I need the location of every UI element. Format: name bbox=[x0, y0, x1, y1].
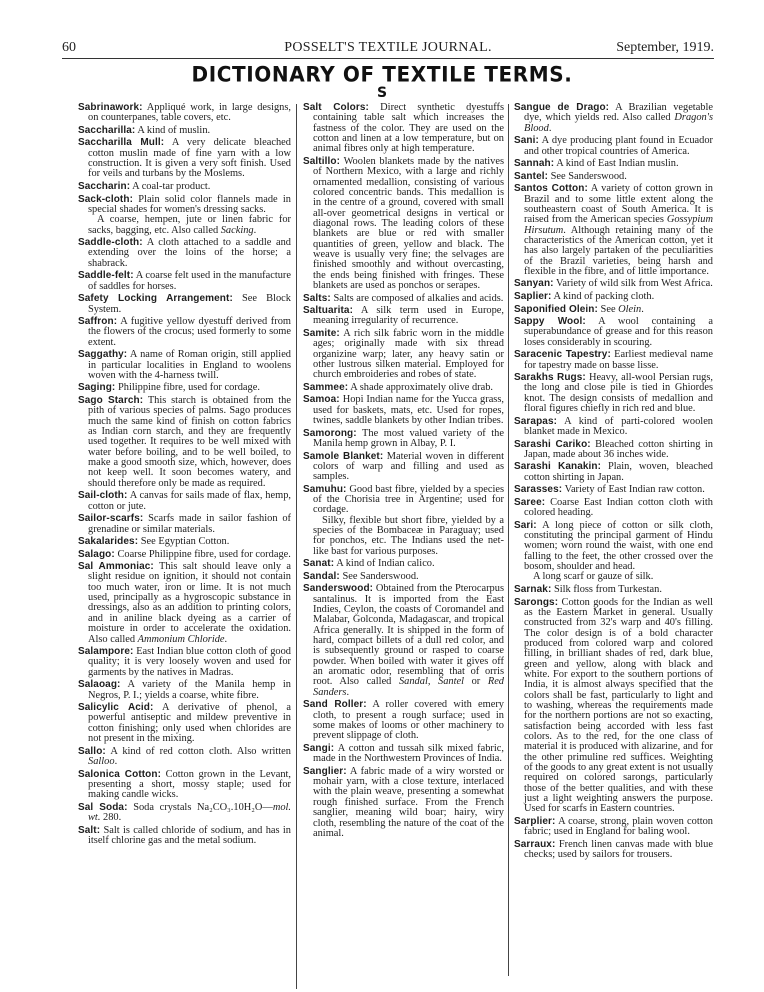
entry-term: Saponified Olein: bbox=[514, 304, 598, 315]
dictionary-entry: Salt: Salt is called chloride of sodium,… bbox=[78, 826, 291, 847]
entry-definition: A long piece of cotton or silk cloth, co… bbox=[524, 520, 713, 572]
dictionary-entry: Saging: Philippine fibre, used for corda… bbox=[78, 383, 291, 393]
entry-additional-paragraph: A coarse, hempen, jute or linen fabric f… bbox=[88, 215, 291, 236]
entry-definition: A dye producing plant found in Ecuador a… bbox=[524, 135, 713, 156]
dictionary-entry: Salicylic Acid: A derivative of phenol, … bbox=[78, 703, 291, 744]
entry-term: Samite: bbox=[303, 328, 340, 339]
entry-term: Sannah: bbox=[514, 158, 554, 169]
dictionary-entry: Saplier: A kind of packing cloth. bbox=[514, 292, 713, 302]
dictionary-entry: Sand Roller: A roller covered with emery… bbox=[303, 700, 504, 741]
entry-term: Sangue de Drago: bbox=[514, 102, 609, 113]
entry-definition-end: . bbox=[225, 634, 228, 645]
dictionary-entry: Sammee: A shade approximately olive drab… bbox=[303, 383, 504, 393]
dictionary-entry: Santel: See Sanderswood. bbox=[514, 172, 713, 182]
dictionary-entry: Saddle-felt: A coarse felt used in the m… bbox=[78, 271, 291, 292]
entry-term: Sand Roller: bbox=[303, 699, 367, 710]
entry-definition: A fabric made of a wiry worsted or mohai… bbox=[313, 766, 504, 839]
entry-additional-paragraph: A long scarf or gauze of silk. bbox=[524, 572, 713, 582]
dictionary-entry: Salaoag: A variety of the Manila hemp in… bbox=[78, 680, 291, 701]
entry-definition: See Sanderswood. bbox=[551, 171, 627, 182]
dictionary-entry: Salampore: East Indian blue cotton cloth… bbox=[78, 647, 291, 678]
dictionary-entry: Saccharin: A coal-tar product. bbox=[78, 182, 291, 192]
entry-definition: This starch is obtained from the pith of… bbox=[88, 395, 291, 489]
entry-term: Sarongs: bbox=[514, 597, 558, 608]
entry-italic: Sacking bbox=[221, 225, 254, 236]
entry-term: Sarashi Cariko: bbox=[514, 439, 591, 450]
dictionary-entry: Sanderswood: Obtained from the Pterocarp… bbox=[303, 584, 504, 698]
entry-definition: See Sanderswood. bbox=[342, 571, 418, 582]
entry-definition: A cotton and tussah silk mixed fabric, m… bbox=[313, 743, 504, 764]
dictionary-entry: Saccharilla Mull: A very delicate bleach… bbox=[78, 138, 291, 179]
dictionary-entry: Sarashi Cariko: Bleached cotton shirting… bbox=[514, 440, 713, 461]
entry-term: Saccharin: bbox=[78, 181, 130, 192]
entry-paragraph-text: Silky, flexible but short fibre, yielded… bbox=[313, 515, 504, 557]
entry-definition: Woolen blankets made by the natives of N… bbox=[313, 156, 504, 291]
column-divider bbox=[508, 104, 509, 976]
entry-term: Saccharilla: bbox=[78, 125, 135, 136]
entry-definition: A fugitive yellow dyestuff derived from … bbox=[88, 316, 291, 348]
entry-definition: See Egyptian Cotton. bbox=[141, 536, 230, 547]
entry-definition-end: . bbox=[549, 123, 552, 134]
entry-term: Sarraux: bbox=[514, 839, 555, 850]
entry-term: Sanglier: bbox=[303, 766, 347, 777]
dictionary-entry: Sarakhs Rugs: Heavy, all-wool Persian ru… bbox=[514, 373, 713, 414]
entry-term: Salampore: bbox=[78, 646, 133, 657]
dictionary-entry: Salago: Coarse Philippine fibre, used fo… bbox=[78, 550, 291, 560]
entry-definition-end: 280. bbox=[100, 812, 121, 823]
dictionary-entry: Sarongs: Cotton goods for the Indian as … bbox=[514, 598, 713, 815]
dictionary-entry: Sabrinawork: Appliqué work, in large des… bbox=[78, 103, 291, 124]
dictionary-entry: Sanglier: A fabric made of a wiry worste… bbox=[303, 767, 504, 839]
entry-term: Sappy Wool: bbox=[514, 316, 586, 327]
dictionary-entry: Sakalarides: See Egyptian Cotton. bbox=[78, 537, 291, 547]
entry-term: Saracenic Tapestry: bbox=[514, 349, 611, 360]
entry-definition: A shade approximately olive drab. bbox=[350, 382, 493, 393]
entry-term: Sago Starch: bbox=[78, 395, 143, 406]
entry-term: Sack-cloth: bbox=[78, 194, 133, 205]
entry-term: Samole Blanket: bbox=[303, 451, 383, 462]
entry-definition-end: . bbox=[115, 756, 118, 767]
entry-term: Salt Colors: bbox=[303, 102, 369, 113]
entry-definition: Salt is called chloride of sodium, and h… bbox=[88, 825, 291, 846]
dictionary-entry: Sannah: A kind of East Indian muslin. bbox=[514, 159, 713, 169]
entry-definition: A kind of muslin. bbox=[137, 125, 210, 136]
entry-term: Sarnak: bbox=[514, 584, 551, 595]
dictionary-entry: Sarapas: A kind of parti-colored woolen … bbox=[514, 417, 713, 438]
entry-term: Sanyan: bbox=[514, 278, 554, 289]
entry-italic: Salloo bbox=[88, 756, 115, 767]
entry-definition: A rich silk fabric worn in the middle ag… bbox=[313, 328, 504, 380]
dictionary-entry: Sallo: A kind of red cotton cloth. Also … bbox=[78, 747, 291, 768]
entry-term: Sarashi Kanakin: bbox=[514, 461, 601, 472]
dictionary-entry: Sanat: A kind of Indian calico. bbox=[303, 559, 504, 569]
entry-italic: Ammonium Chloride bbox=[138, 634, 225, 645]
column-2: Salt Colors: Direct synthetic dyestuffs … bbox=[303, 103, 504, 841]
entry-term: Sabrinawork: bbox=[78, 102, 143, 113]
entry-definition: See bbox=[601, 304, 619, 315]
entry-definition: A kind of Indian calico. bbox=[336, 558, 434, 569]
dictionary-entry: Sarnak: Silk floss from Turkestan. bbox=[514, 585, 713, 595]
entry-term: Saltillo: bbox=[303, 156, 340, 167]
entry-definition: Salts are composed of alkalies and acids… bbox=[333, 293, 503, 304]
entry-term: Sailor-scarfs: bbox=[78, 513, 143, 524]
page-title: DICTIONARY OF TEXTILE TERMS. bbox=[0, 61, 764, 86]
dictionary-entry: Saffron: A fugitive yellow dyestuff deri… bbox=[78, 317, 291, 348]
dictionary-entry: Saree: Coarse East Indian cotton cloth w… bbox=[514, 498, 713, 519]
entry-definition-end: . bbox=[346, 687, 349, 698]
entry-definition: Cotton goods for the Indian as well as t… bbox=[524, 597, 713, 815]
dictionary-entry: Salonica Cotton: Cotton grown in the Lev… bbox=[78, 770, 291, 801]
entry-definition-end: . bbox=[641, 304, 644, 315]
entry-term: Salt: bbox=[78, 825, 100, 836]
dictionary-entry: Sappy Wool: A wool containing a superabu… bbox=[514, 317, 713, 348]
dictionary-entry: Saddle-cloth: A cloth attached to a sadd… bbox=[78, 238, 291, 269]
dictionary-entry: Samite: A rich silk fabric worn in the m… bbox=[303, 329, 504, 381]
column-3: Sangue de Drago: A Brazilian vegetable d… bbox=[514, 103, 713, 863]
entry-term: Saplier: bbox=[514, 291, 551, 302]
entry-term: Sakalarides: bbox=[78, 536, 138, 547]
entry-term: Saddle-felt: bbox=[78, 270, 134, 281]
journal-page: 60 POSSELT'S TEXTILE JOURNAL. September,… bbox=[0, 0, 764, 992]
entry-definition: Philippine fibre, used for cordage. bbox=[118, 382, 260, 393]
entry-term: Salonica Cotton: bbox=[78, 769, 161, 780]
entry-term: Salaoag: bbox=[78, 679, 120, 690]
dictionary-entry: Sari: A long piece of cotton or silk clo… bbox=[514, 521, 713, 583]
dictionary-entry: Sandal: See Sanderswood. bbox=[303, 572, 504, 582]
entry-term: Sal Soda: bbox=[78, 802, 128, 813]
entry-definition: Soda crystals Na₂CO₃.10H₂O— bbox=[133, 802, 273, 813]
entry-term: Samoa: bbox=[303, 394, 340, 405]
dictionary-entry: Sarraux: French linen canvas made with b… bbox=[514, 840, 713, 861]
entry-term: Saccharilla Mull: bbox=[78, 137, 164, 148]
entry-term: Saging: bbox=[78, 382, 115, 393]
dictionary-entry: Santos Cotton: A variety of cotton grown… bbox=[514, 184, 713, 277]
entry-additional-paragraph: Silky, flexible but short fibre, yielded… bbox=[313, 516, 504, 557]
entry-definition-end: or bbox=[464, 676, 488, 687]
entry-term: Sarakhs Rugs: bbox=[514, 372, 586, 383]
dictionary-entry: Sal Ammoniac: This salt should leave onl… bbox=[78, 562, 291, 645]
entry-term: Salago: bbox=[78, 549, 115, 560]
entry-definition: Silk floss from Turkestan. bbox=[554, 584, 662, 595]
entry-definition: Variety of wild silk from West Africa. bbox=[556, 278, 713, 289]
entry-term: Sammee: bbox=[303, 382, 348, 393]
entry-term: Samorong: bbox=[303, 428, 357, 439]
dictionary-entry: Saccharilla: A kind of muslin. bbox=[78, 126, 291, 136]
entry-term: Salts: bbox=[303, 293, 331, 304]
dictionary-entry: Saponified Olein: See Olein. bbox=[514, 305, 713, 315]
entry-paragraph-text: A long scarf or gauze of silk. bbox=[533, 571, 653, 582]
dictionary-entry: Sangue de Drago: A Brazilian vegetable d… bbox=[514, 103, 713, 134]
dictionary-entry: Sal Soda: Soda crystals Na₂CO₃.10H₂O—mol… bbox=[78, 803, 291, 824]
entry-definition: A kind of East Indian muslin. bbox=[556, 158, 678, 169]
column-1: Sabrinawork: Appliqué work, in large des… bbox=[78, 103, 291, 849]
issue-date: September, 1919. bbox=[616, 40, 714, 56]
entry-term: Saree: bbox=[514, 497, 545, 508]
entry-definition: Variety of East Indian raw cotton. bbox=[565, 484, 705, 495]
entry-term: Santos Cotton: bbox=[514, 183, 588, 194]
entry-italic: Olein bbox=[618, 304, 641, 315]
entry-term: Sangi: bbox=[303, 743, 334, 754]
dictionary-entry: Samole Blanket: Material woven in differ… bbox=[303, 452, 504, 483]
entry-term: Sail-cloth: bbox=[78, 490, 127, 501]
header-rule bbox=[62, 58, 714, 59]
entry-term: Saddle-cloth: bbox=[78, 237, 143, 248]
dictionary-entry: Saltillo: Woolen blankets made by the na… bbox=[303, 157, 504, 291]
entry-definition: Hopi Indian name for the Yucca grass, us… bbox=[313, 394, 504, 426]
entry-term: Samuhu: bbox=[303, 484, 346, 495]
entry-term: Santel: bbox=[514, 171, 548, 182]
entry-term: Safety Locking Arrangement: bbox=[78, 293, 233, 304]
entry-term: Sal Ammoniac: bbox=[78, 561, 154, 572]
entry-term: Sarapas: bbox=[514, 416, 557, 427]
dictionary-entry: Sack-cloth: Plain solid color flannels m… bbox=[78, 195, 291, 236]
entry-term: Sanat: bbox=[303, 558, 334, 569]
section-letter: S bbox=[0, 85, 764, 101]
dictionary-entry: Samuhu: Good bast fibre, yielded by a sp… bbox=[303, 485, 504, 557]
dictionary-entry: Sarashi Kanakin: Plain, woven, bleached … bbox=[514, 462, 713, 483]
dictionary-entry: Sail-cloth: A canvas for sails made of f… bbox=[78, 491, 291, 512]
entry-term: Sallo: bbox=[78, 746, 106, 757]
dictionary-entry: Samoa: Hopi Indian name for the Yucca gr… bbox=[303, 395, 504, 426]
dictionary-entry: Sanyan: Variety of wild silk from West A… bbox=[514, 279, 713, 289]
entry-paragraph-text: A coarse, hempen, jute or linen fabric f… bbox=[88, 214, 291, 235]
dictionary-entry: Saracenic Tapestry: Earliest medieval na… bbox=[514, 350, 713, 371]
dictionary-entry: Sago Starch: This starch is obtained fro… bbox=[78, 396, 291, 489]
entry-term: Sandal: bbox=[303, 571, 340, 582]
dictionary-entry: Safety Locking Arrangement: See Block Sy… bbox=[78, 294, 291, 315]
entry-paragraph-end: . bbox=[254, 225, 257, 236]
entry-definition: A kind of packing cloth. bbox=[554, 291, 655, 302]
dictionary-entry: Saggathy: A name of Roman origin, still … bbox=[78, 350, 291, 381]
dictionary-entry: Sarasses: Variety of East Indian raw cot… bbox=[514, 485, 713, 495]
dictionary-entry: Salt Colors: Direct synthetic dyestuffs … bbox=[303, 103, 504, 155]
entry-definition: Coarse Philippine fibre, used for cordag… bbox=[117, 549, 290, 560]
entry-definition: Obtained from the Pterocarpus santalinus… bbox=[313, 583, 504, 687]
dictionary-entry: Samorong: The most valued variety of the… bbox=[303, 429, 504, 450]
dictionary-entry: Sani: A dye producing plant found in Ecu… bbox=[514, 136, 713, 157]
entry-definition: A kind of red cotton cloth. Also written bbox=[110, 746, 291, 757]
entry-definition: This salt should leave only a slight res… bbox=[88, 561, 291, 644]
entry-term: Saggathy: bbox=[78, 349, 127, 360]
column-divider bbox=[296, 104, 297, 989]
entry-italic: Sandal, Santel bbox=[399, 676, 464, 687]
entry-definition: A coal-tar product. bbox=[132, 181, 210, 192]
entry-term: Sanderswood: bbox=[303, 583, 373, 594]
entry-term: Saffron: bbox=[78, 316, 117, 327]
entry-term: Sani: bbox=[514, 135, 539, 146]
dictionary-entry: Sangi: A cotton and tussah silk mixed fa… bbox=[303, 744, 504, 765]
entry-definition: Coarse East Indian cotton cloth with col… bbox=[524, 497, 713, 518]
entry-term: Sarplier: bbox=[514, 816, 555, 827]
entry-term: Salicylic Acid: bbox=[78, 702, 153, 713]
entry-term: Sari: bbox=[514, 520, 537, 531]
entry-term: Saltuarita: bbox=[303, 305, 353, 316]
running-head: 60 POSSELT'S TEXTILE JOURNAL. September,… bbox=[62, 40, 714, 60]
dictionary-entry: Sarplier: A coarse, strong, plain woven … bbox=[514, 817, 713, 838]
dictionary-entry: Saltuarita: A silk term used in Europe, … bbox=[303, 306, 504, 327]
entry-term: Sarasses: bbox=[514, 484, 562, 495]
dictionary-entry: Salts: Salts are composed of alkalies an… bbox=[303, 294, 504, 304]
dictionary-entry: Sailor-scarfs: Scarfs made in sailor fas… bbox=[78, 514, 291, 535]
